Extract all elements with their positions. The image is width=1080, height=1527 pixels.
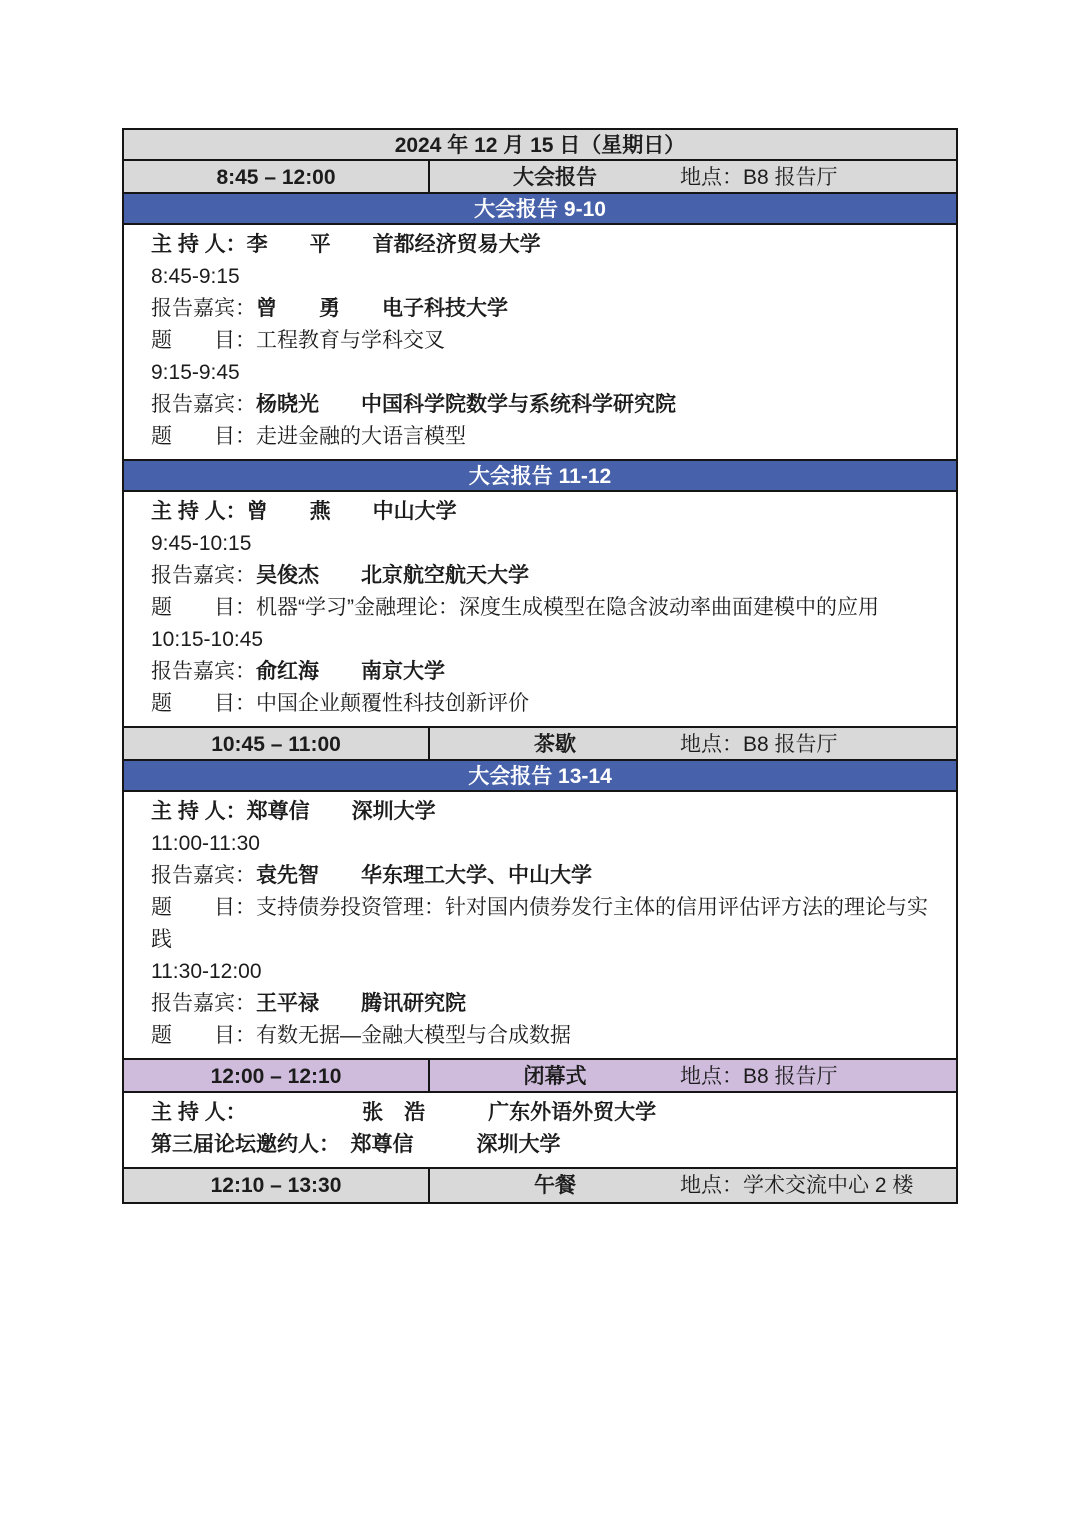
title-line: 题 目：中国企业颠覆性科技创新评价 [151, 688, 942, 720]
session-info: 大会报告地点：B8 报告厅 [430, 161, 956, 192]
time-text: 11:00-11:30 [151, 832, 260, 855]
time-text: 10:15-10:45 [151, 628, 263, 651]
session-location: 地点：B8 报告厅 [680, 1060, 956, 1091]
session-info: 闭幕式地点：B8 报告厅 [430, 1060, 956, 1091]
title-text: 中国企业颠覆性科技创新评价 [256, 692, 529, 715]
host-label: 第三届论坛邀约人： [151, 1133, 330, 1156]
host-label: 主 持 人： [151, 800, 247, 823]
session-event: 茶歇 [430, 728, 680, 759]
host-label: 主 持 人： [151, 233, 247, 256]
time-text: 9:45-10:15 [151, 532, 251, 555]
session-location: 地点：B8 报告厅 [680, 728, 956, 759]
speaker-label: 报告嘉宾： [151, 660, 256, 683]
session-info: 午餐地点：学术交流中心 2 楼 [430, 1169, 956, 1202]
session-time: 12:10 – 13:30 [124, 1169, 430, 1202]
host-text: 郑尊信 深圳大学 [247, 800, 436, 823]
session-row: 12:00 – 12:10闭幕式地点：B8 报告厅 [124, 1060, 956, 1093]
speaker-text: 袁先智 华东理工大学、中山大学 [256, 864, 592, 887]
title-text: 工程教育与学科交叉 [256, 329, 445, 352]
title-line: 题 目：走进金融的大语言模型 [151, 421, 942, 453]
host-label: 主 持 人： [151, 500, 247, 523]
speaker-label: 报告嘉宾： [151, 393, 256, 416]
speaker-text: 俞红海 南京大学 [256, 660, 445, 683]
title-line: 题 目：有数无据—金融大模型与合成数据 [151, 1020, 942, 1052]
host-text: 曾 燕 中山大学 [247, 500, 457, 523]
speaker-label: 报告嘉宾： [151, 297, 256, 320]
body-section: 主 持 人： 张 浩 广东外语外贸大学第三届论坛邀约人： 郑尊信 深圳大学 [124, 1093, 956, 1169]
session-event: 大会报告 [430, 161, 680, 192]
date-header: 2024 年 12 月 15 日（星期日） [124, 130, 956, 161]
speaker-text: 吴俊杰 北京航空航天大学 [256, 564, 529, 587]
host-text: 郑尊信 深圳大学 [330, 1133, 561, 1156]
title-text: 有数无据—金融大模型与合成数据 [256, 1024, 571, 1047]
speaker-line: 报告嘉宾：杨晓光 中国科学院数学与系统科学研究院 [151, 389, 942, 421]
session-location: 地点：B8 报告厅 [680, 161, 956, 192]
speaker-line: 报告嘉宾：俞红海 南京大学 [151, 656, 942, 688]
speaker-text: 曾 勇 电子科技大学 [256, 297, 508, 320]
session-row: 10:45 – 11:00茶歇地点：B8 报告厅 [124, 728, 956, 761]
time-text: 11:30-12:00 [151, 960, 262, 983]
session-time: 8:45 – 12:00 [124, 161, 430, 192]
session-event: 午餐 [430, 1169, 680, 1202]
host-label: 主 持 人： [151, 1101, 236, 1124]
title-text: 支持债券投资管理：针对国内债券发行主体的信用评估评方法的理论与实践 [151, 896, 928, 951]
session-row: 12:10 – 13:30午餐地点：学术交流中心 2 楼 [124, 1169, 956, 1202]
banner-row: 大会报告 13-14 [124, 761, 956, 792]
host-line: 主 持 人：郑尊信 深圳大学 [151, 796, 942, 828]
title-label: 题 目： [151, 692, 256, 715]
body-section: 主 持 人：郑尊信 深圳大学11:00-11:30报告嘉宾：袁先智 华东理工大学… [124, 792, 956, 1060]
speaker-text: 杨晓光 中国科学院数学与系统科学研究院 [256, 393, 676, 416]
host-line: 第三届论坛邀约人： 郑尊信 深圳大学 [151, 1129, 942, 1161]
title-label: 题 目： [151, 596, 256, 619]
time-line: 8:45-9:15 [151, 261, 942, 293]
speaker-label: 报告嘉宾： [151, 992, 256, 1015]
time-line: 9:15-9:45 [151, 357, 942, 389]
session-time: 10:45 – 11:00 [124, 728, 430, 759]
speaker-line: 报告嘉宾：王平禄 腾讯研究院 [151, 988, 942, 1020]
title-label: 题 目： [151, 896, 256, 919]
title-text: 走进金融的大语言模型 [256, 425, 466, 448]
session-info: 茶歇地点：B8 报告厅 [430, 728, 956, 759]
schedule-table: 2024 年 12 月 15 日（星期日） 8:45 – 12:00大会报告地点… [122, 128, 958, 1204]
title-line: 题 目：支持债券投资管理：针对国内债券发行主体的信用评估评方法的理论与实践 [151, 892, 942, 956]
host-text: 张 浩 广东外语外贸大学 [236, 1101, 656, 1124]
speaker-text: 王平禄 腾讯研究院 [256, 992, 466, 1015]
title-label: 题 目： [151, 425, 256, 448]
session-location: 地点：学术交流中心 2 楼 [680, 1169, 956, 1202]
body-section: 主 持 人：曾 燕 中山大学9:45-10:15报告嘉宾：吴俊杰 北京航空航天大… [124, 492, 956, 728]
host-line: 主 持 人：曾 燕 中山大学 [151, 496, 942, 528]
host-line: 主 持 人： 张 浩 广东外语外贸大学 [151, 1097, 942, 1129]
time-text: 9:15-9:45 [151, 361, 240, 384]
title-line: 题 目：机器“学习”金融理论：深度生成模型在隐含波动率曲面建模中的应用 [151, 592, 942, 624]
session-event: 闭幕式 [430, 1060, 680, 1091]
session-time: 12:00 – 12:10 [124, 1060, 430, 1091]
time-line: 10:15-10:45 [151, 624, 942, 656]
time-line: 11:30-12:00 [151, 956, 942, 988]
schedule-rows: 8:45 – 12:00大会报告地点：B8 报告厅大会报告 9-10主 持 人：… [124, 161, 956, 1202]
time-text: 8:45-9:15 [151, 265, 240, 288]
banner-row: 大会报告 11-12 [124, 461, 956, 492]
title-label: 题 目： [151, 1024, 256, 1047]
speaker-label: 报告嘉宾： [151, 864, 256, 887]
banner-row: 大会报告 9-10 [124, 194, 956, 225]
title-line: 题 目：工程教育与学科交叉 [151, 325, 942, 357]
session-row: 8:45 – 12:00大会报告地点：B8 报告厅 [124, 161, 956, 194]
time-line: 9:45-10:15 [151, 528, 942, 560]
speaker-line: 报告嘉宾：曾 勇 电子科技大学 [151, 293, 942, 325]
time-line: 11:00-11:30 [151, 828, 942, 860]
speaker-line: 报告嘉宾：吴俊杰 北京航空航天大学 [151, 560, 942, 592]
host-line: 主 持 人：李 平 首都经济贸易大学 [151, 229, 942, 261]
body-section: 主 持 人：李 平 首都经济贸易大学8:45-9:15报告嘉宾：曾 勇 电子科技… [124, 225, 956, 461]
title-text: 机器“学习”金融理论：深度生成模型在隐含波动率曲面建模中的应用 [256, 596, 879, 619]
title-label: 题 目： [151, 329, 256, 352]
speaker-line: 报告嘉宾：袁先智 华东理工大学、中山大学 [151, 860, 942, 892]
host-text: 李 平 首都经济贸易大学 [247, 233, 541, 256]
speaker-label: 报告嘉宾： [151, 564, 256, 587]
